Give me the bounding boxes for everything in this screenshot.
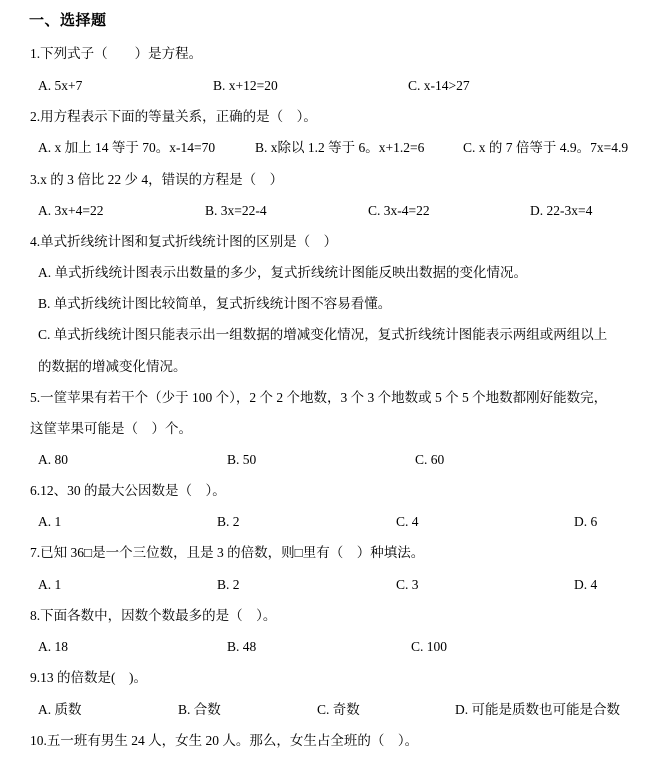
q7-option-b[interactable]: B. 2 <box>217 577 240 593</box>
q7-option-c[interactable]: C. 3 <box>396 577 419 593</box>
q6-option-a[interactable]: A. 1 <box>38 514 61 530</box>
q6-option-d[interactable]: D. 6 <box>574 514 597 530</box>
q8-option-a[interactable]: A. 18 <box>38 639 68 655</box>
question-5-continued: 这筐苹果可能是（ ）个。 <box>30 421 192 437</box>
q9-option-a[interactable]: A. 质数 <box>38 702 82 718</box>
q6-option-c[interactable]: C. 4 <box>396 514 419 530</box>
q1-option-c[interactable]: C. x-14>27 <box>408 78 470 94</box>
q9-option-d[interactable]: D. 可能是质数也可能是合数 <box>455 702 620 718</box>
q8-option-c[interactable]: C. 100 <box>411 639 447 655</box>
q4-option-b[interactable]: B. 单式折线统计图比较简单，复式折线统计图不容易看懂。 <box>38 296 391 312</box>
question-3: 3.x 的 3 倍比 22 少 4，错误的方程是（ ） <box>30 172 283 188</box>
question-9: 9.13 的倍数是( )。 <box>30 670 147 686</box>
question-4: 4.单式折线统计图和复式折线统计图的区别是（ ） <box>30 234 337 250</box>
q3-option-d[interactable]: D. 22-3x=4 <box>530 203 592 219</box>
question-2: 2.用方程表示下面的等量关系，正确的是（ ）。 <box>30 109 317 125</box>
q9-option-b[interactable]: B. 合数 <box>178 702 221 718</box>
q4-option-c-continued: 的数据的增减变化情况。 <box>38 359 187 375</box>
question-7: 7.已知 36□是一个三位数，且是 3 的倍数，则□里有（ ）种填法。 <box>30 545 424 561</box>
section-title: 一、选择题 <box>29 9 107 30</box>
q3-option-c[interactable]: C. 3x-4=22 <box>368 203 430 219</box>
q2-option-c[interactable]: C. x 的 7 倍等于 4.9。7x=4.9 <box>463 140 628 156</box>
question-1: 1.下列式子（ ）是方程。 <box>30 46 202 62</box>
question-6: 6.12、30 的最大公因数是（ ）。 <box>30 483 226 499</box>
q8-option-b[interactable]: B. 48 <box>227 639 256 655</box>
q1-option-a[interactable]: A. 5x+7 <box>38 78 82 94</box>
q4-option-a[interactable]: A. 单式折线统计图表示出数量的多少，复式折线统计图能反映出数据的变化情况。 <box>38 265 527 281</box>
q5-option-b[interactable]: B. 50 <box>227 452 256 468</box>
question-10: 10.五一班有男生 24 人，女生 20 人。那么，女生占全班的（ ）。 <box>30 733 418 749</box>
question-8: 8.下面各数中，因数个数最多的是（ ）。 <box>30 608 276 624</box>
q5-option-c[interactable]: C. 60 <box>415 452 444 468</box>
q6-option-b[interactable]: B. 2 <box>217 514 240 530</box>
q5-option-a[interactable]: A. 80 <box>38 452 68 468</box>
q2-option-b[interactable]: B. x除以 1.2 等于 6。x+1.2=6 <box>255 140 424 156</box>
q3-option-b[interactable]: B. 3x=22-4 <box>205 203 267 219</box>
q7-option-a[interactable]: A. 1 <box>38 577 61 593</box>
q3-option-a[interactable]: A. 3x+4=22 <box>38 203 103 219</box>
q1-option-b[interactable]: B. x+12=20 <box>213 78 278 94</box>
question-5: 5.一筐苹果有若干个（少于 100 个），2 个 2 个地数，3 个 3 个地数… <box>30 390 607 406</box>
q4-option-c[interactable]: C. 单式折线统计图只能表示出一组数据的增减变化情况，复式折线统计图能表示两组或… <box>38 327 607 343</box>
q2-option-a[interactable]: A. x 加上 14 等于 70。x-14=70 <box>38 140 215 156</box>
q7-option-d[interactable]: D. 4 <box>574 577 597 593</box>
q9-option-c[interactable]: C. 奇数 <box>317 702 360 718</box>
